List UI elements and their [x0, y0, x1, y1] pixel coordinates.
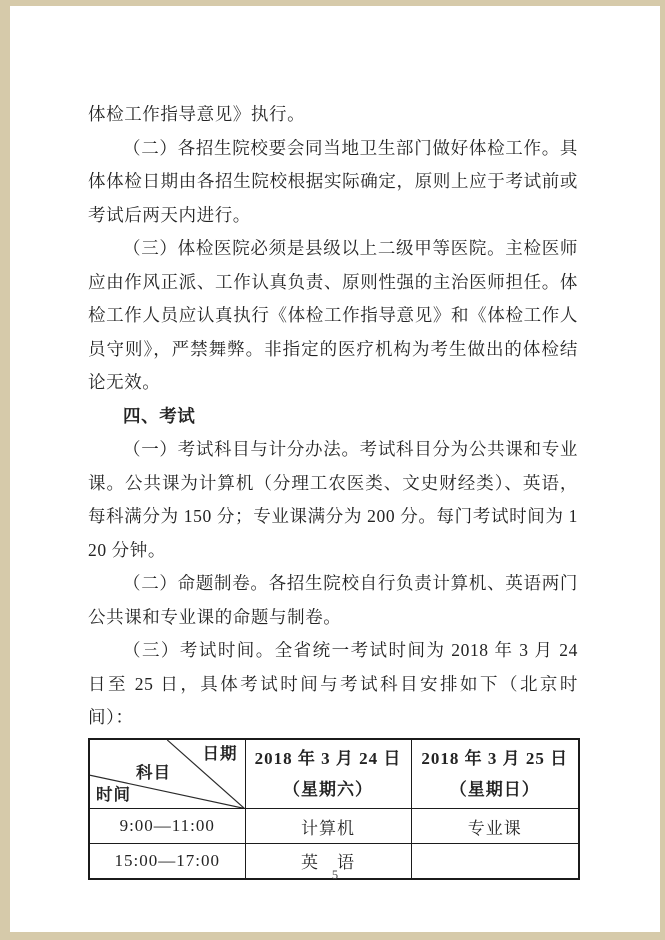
section-heading: 四、考试 [88, 400, 578, 434]
paragraph-exam-time: （三）考试时间。全省统一考试时间为 2018 年 3 月 24 日至 25 日，… [88, 634, 578, 735]
paragraph-exam-papers: （二）命题制卷。各招生院校自行负责计算机、英语两门公共课和专业课的命题与制卷。 [88, 567, 578, 634]
table-header-day1: 2018 年 3 月 24 日 （星期六） [245, 739, 411, 809]
exam-schedule-table: 日期 科目 时间 2018 年 3 月 24 日 （星期六） 2018 年 3 … [88, 738, 580, 880]
table-header-day2: 2018 年 3 月 25 日 （星期日） [411, 739, 579, 809]
header-date-day1: 2018 年 3 月 24 日 [246, 743, 411, 774]
paragraph-item-2: （二）各招生院校要会同当地卫生部门做好体检工作。具体体检日期由各招生院校根据实际… [88, 132, 578, 233]
header-weekday-day2: （星期日） [412, 774, 579, 805]
paragraph-exam-subjects: （一）考试科目与计分办法。考试科目分为公共课和专业课。公共课为计算机（分理工农医… [88, 433, 578, 567]
table-header-row: 日期 科目 时间 2018 年 3 月 24 日 （星期六） 2018 年 3 … [89, 739, 579, 809]
table-row-morning: 9:00—11:00 计算机 专业课 [89, 809, 579, 844]
document-content: 体检工作指导意见》执行。 （二）各招生院校要会同当地卫生部门做好体检工作。具体体… [88, 98, 578, 880]
table-corner-header: 日期 科目 时间 [89, 739, 245, 809]
document-page: 体检工作指导意见》执行。 （二）各招生院校要会同当地卫生部门做好体检工作。具体体… [10, 6, 660, 932]
header-date-day2: 2018 年 3 月 25 日 [412, 743, 579, 774]
cell-day2-morning: 专业课 [411, 809, 579, 844]
corner-label-date: 日期 [203, 745, 238, 763]
paragraph-continuation: 体检工作指导意见》执行。 [88, 98, 578, 132]
cell-time-morning: 9:00—11:00 [89, 809, 245, 844]
corner-label-time: 时间 [96, 786, 131, 804]
paragraph-item-3: （三）体检医院必须是县级以上二级甲等医院。主检医师应由作风正派、工作认真负责、原… [88, 232, 578, 400]
cell-day1-morning: 计算机 [245, 809, 411, 844]
header-weekday-day1: （星期六） [246, 774, 411, 805]
corner-label-subject: 科目 [136, 764, 171, 782]
page-number: 5 [10, 868, 660, 883]
